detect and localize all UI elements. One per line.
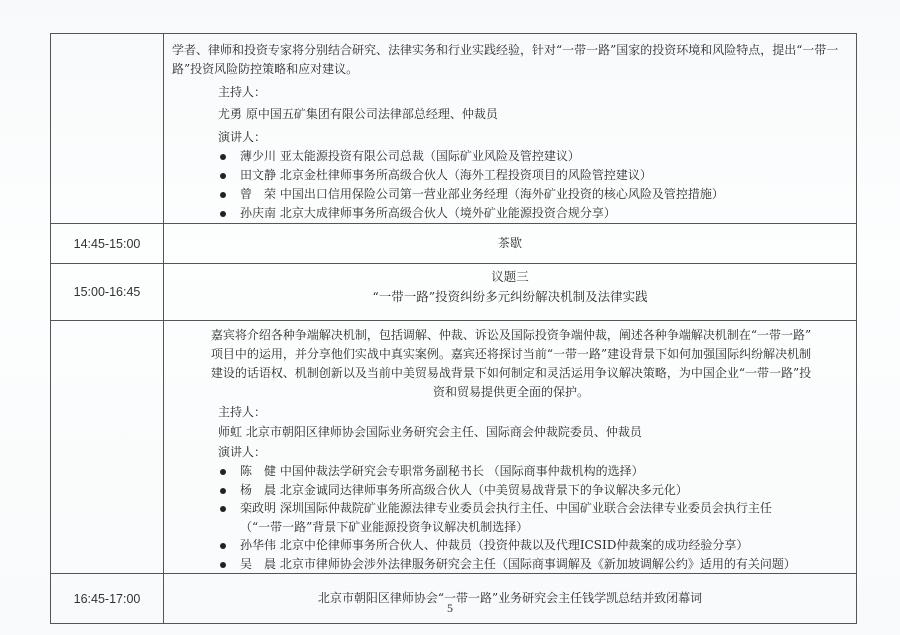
host-label: 主持人： (172, 403, 850, 422)
speaker-text: 孙华伟 北京中伦律师事务所合伙人、仲裁员（投资仲裁以及代理ICSID仲裁案的成功… (240, 538, 748, 552)
topic-cell: 议题三 “一带一路”投资纠纷多元纠纷解决机制及法律实践 (164, 264, 857, 321)
host-name: 师虹 北京市朝阳区律师协会国际业务研究会主任、国际商会仲裁院委员、仲裁员 (172, 423, 850, 442)
topic-number: 议题三 (164, 267, 856, 287)
session-intro: 学者、律师和投资专家将分别结合研究、法律实务和行业实践经验，针对“一带一路”国家… (172, 41, 850, 79)
bullet-icon (220, 506, 226, 512)
table-row-topic-three-details: 嘉宾将介绍各种争端解决机制，包括调解、仲裁、诉讼及国际投资争端仲裁，阐述各种争端… (51, 321, 857, 574)
table-row-closing: 16:45-17:00 北京市朝阳区律师协会“一带一路”业务研究会主任钱学凯总结… (51, 574, 857, 624)
list-item: 吴 晨 北京市律师协会涉外法律服务研究会主任（国际商事调解及《新加坡调解公约》适… (218, 555, 850, 574)
bullet-icon (220, 173, 226, 179)
speakers-label: 演讲人： (172, 128, 850, 147)
list-item: 杨 晨 北京金诚同达律师事务所高级合伙人（中美贸易战背景下的争议解决多元化） (218, 481, 850, 500)
agenda-table: 学者、律师和投资专家将分别结合研究、法律实务和行业实践经验，针对“一带一路”国家… (50, 33, 857, 624)
list-item: 孙庆南 北京大成律师事务所高级合伙人（境外矿业能源投资合规分享） (218, 204, 850, 223)
session-details-cell: 嘉宾将介绍各种争端解决机制，包括调解、仲裁、诉讼及国际投资争端仲裁，阐述各种争端… (164, 321, 857, 574)
speaker-text: 陈 健 中国仲裁法学研究会专职常务副秘书长 （国际商事仲裁机构的选择） (240, 464, 644, 478)
speaker-text: 孙庆南 北京大成律师事务所高级合伙人（境外矿业能源投资合规分享） (240, 206, 616, 220)
table-row-tea-break: 14:45-15:00 茶歇 (51, 224, 857, 264)
page-number: 5 (0, 601, 900, 616)
closing-remarks: 北京市朝阳区律师协会“一带一路”业务研究会主任钱学凯总结并致闭幕词 (164, 574, 857, 624)
speaker-list: 陈 健 中国仲裁法学研究会专职常务副秘书长 （国际商事仲裁机构的选择） 杨 晨 … (172, 462, 850, 573)
intro-line: 项目中的运用，并分享他们实战中真实案例。嘉宾还将探讨当前“一带一路”建设背景下如… (172, 345, 850, 364)
list-item: 田文静 北京金杜律师事务所高级合伙人（海外工程投资项目的风险管控建议） (218, 166, 850, 185)
host-label: 主持人： (172, 83, 850, 102)
speaker-list: 薄少川 亚太能源投资有限公司总裁（国际矿业风险及管控建议） 田文静 北京金杜律师… (172, 147, 850, 223)
intro-line: 建设的话语权、机制创新以及当前中美贸易战背景下如何制定和灵活运用争议解决策略，为… (172, 364, 850, 383)
topic-label: 议题三 “一带一路”投资纠纷多元纠纷解决机制及法律实践 (164, 267, 856, 317)
list-item: 薄少川 亚太能源投资有限公司总裁（国际矿业风险及管控建议） (218, 147, 850, 166)
time-cell (51, 321, 164, 574)
speakers-label: 演讲人： (172, 443, 850, 462)
speaker-text: 田文静 北京金杜律师事务所高级合伙人（海外工程投资项目的风险管控建议） (240, 168, 652, 182)
bullet-icon (220, 543, 226, 549)
table-row-topic-three: 15:00-16:45 议题三 “一带一路”投资纠纷多元纠纷解决机制及法律实践 (51, 264, 857, 321)
bullet-icon (220, 154, 226, 160)
tea-break-title: 茶歇 (164, 224, 857, 264)
time-cell: 14:45-15:00 (51, 224, 164, 264)
table-row-topic-two-details: 学者、律师和投资专家将分别结合研究、法律实务和行业实践经验，针对“一带一路”国家… (51, 34, 857, 224)
speaker-text: 薄少川 亚太能源投资有限公司总裁（国际矿业风险及管控建议） (240, 149, 580, 163)
topic-title: “一带一路”投资纠纷多元纠纷解决机制及法律实践 (164, 287, 856, 307)
bullet-icon (220, 469, 226, 475)
list-item: 曾 荣 中国出口信用保险公司第一营业部业务经理（海外矿业投资的核心风险及管控措施… (218, 185, 850, 204)
time-cell (51, 34, 164, 224)
session-details-cell: 学者、律师和投资专家将分别结合研究、法律实务和行业实践经验，针对“一带一路”国家… (164, 34, 857, 224)
bullet-icon (220, 562, 226, 568)
time-cell: 15:00-16:45 (51, 264, 164, 321)
speaker-text: 吴 晨 北京市律师协会涉外法律服务研究会主任（国际商事调解及《新加坡调解公约》适… (240, 557, 796, 571)
bullet-icon (220, 211, 226, 217)
speaker-subline: （“一带一路”背景下矿业能源投资争议解决机制选择） (240, 518, 850, 537)
intro-line: 嘉宾将介绍各种争端解决机制，包括调解、仲裁、诉讼及国际投资争端仲裁，阐述各种争端… (172, 326, 850, 345)
speaker-text: 栾政明 深圳国际仲裁院矿业能源法律专业委员会执行主任、中国矿业联合会法律专业委员… (240, 501, 772, 515)
list-item: 陈 健 中国仲裁法学研究会专职常务副秘书长 （国际商事仲裁机构的选择） (218, 462, 850, 481)
bullet-icon (220, 488, 226, 494)
speaker-text: 杨 晨 北京金诚同达律师事务所高级合伙人（中美贸易战背景下的争议解决多元化） (240, 483, 688, 497)
time-cell: 16:45-17:00 (51, 574, 164, 624)
list-item: 孙华伟 北京中伦律师事务所合伙人、仲裁员（投资仲裁以及代理ICSID仲裁案的成功… (218, 536, 850, 555)
bullet-icon (220, 192, 226, 198)
list-item: 栾政明 深圳国际仲裁院矿业能源法律专业委员会执行主任、中国矿业联合会法律专业委员… (218, 499, 850, 536)
session-intro: 嘉宾将介绍各种争端解决机制，包括调解、仲裁、诉讼及国际投资争端仲裁，阐述各种争端… (172, 326, 850, 402)
speaker-text: 曾 荣 中国出口信用保险公司第一营业部业务经理（海外矿业投资的核心风险及管控措施… (240, 187, 724, 201)
host-name: 尤勇 原中国五矿集团有限公司法律部总经理、仲裁员 (172, 105, 850, 124)
intro-line: 资和贸易提供更全面的保护。 (172, 383, 850, 402)
